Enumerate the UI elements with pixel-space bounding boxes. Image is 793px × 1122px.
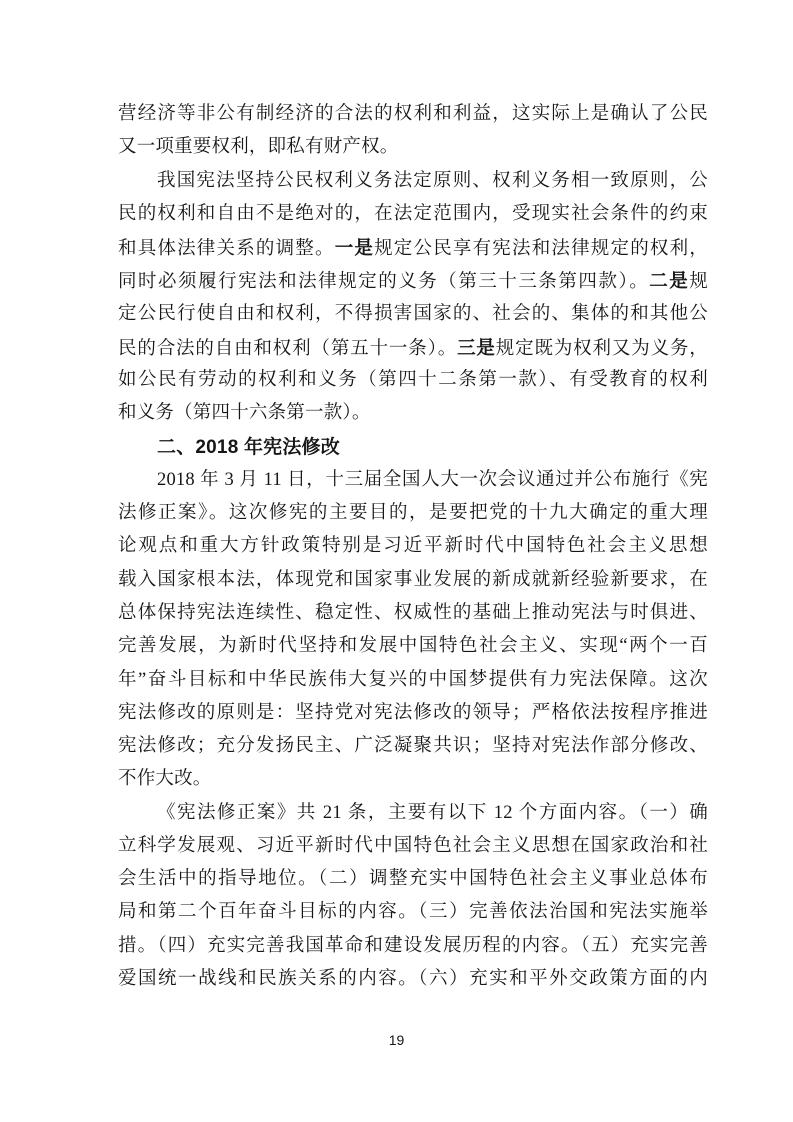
emphasis-segment: 一是: [335, 237, 374, 258]
text-line: 载入国家根本法，体现党和国家事业发展的新成就新经验新要求，在: [118, 564, 708, 597]
text-line: 定公民行使自由和权利，不得损害国家的、社会的、集体的和其他公: [118, 298, 708, 331]
section-heading: 二、2018 年宪法修改: [118, 431, 708, 464]
text-line: 民的合法的自由和权利（第五十一条）。三是规定既为权利又为义务，: [118, 331, 708, 364]
text-segment: 局和第二个百年奋斗目标的内容。（三）完善依法治国和宪法实施举: [118, 902, 708, 922]
emphasis-segment: 二是: [649, 270, 689, 291]
text-segment: 又一项重要权利，即私有财产权。: [118, 137, 399, 157]
text-segment: 年”奋斗目标和中华民族伟大复兴的中国梦提供有力宪法保障。这次: [118, 670, 708, 690]
text-line: 我国宪法坚持公民权利义务法定原则、权利义务相一致原则，公: [118, 165, 708, 198]
text-segment: 立科学发展观、习近平新时代中国特色社会主义思想在国家政治和社: [118, 836, 708, 856]
text-line: 总体保持宪法连续性、稳定性、权威性的基础上推动宪法与时俱进、: [118, 597, 708, 630]
text-line: 不作大改。: [118, 763, 708, 796]
text-segment: 宪法修改；充分发扬民主、广泛凝聚共识；坚持对宪法作部分修改、: [118, 736, 708, 756]
text-segment: 同时必须履行宪法和法律规定的义务（第三十三条第四款）。: [118, 272, 649, 292]
text-segment: 和具体法律关系的调整。: [118, 239, 335, 259]
text-line: 2018 年 3 月 11 日，十三届全国人大一次会议通过并公布施行《宪: [118, 464, 708, 497]
text-line: 立科学发展观、习近平新时代中国特色社会主义思想在国家政治和社: [118, 830, 708, 863]
document-page: 营经济等非公有制经济的合法的权利和利益，这实际上是确认了公民又一项重要权利，即私…: [0, 0, 793, 1122]
text-segment: 法修正案》。这次修宪的主要目的，是要把党的十九大确定的重大理: [118, 503, 708, 523]
text-line: 如公民有劳动的权利和义务（第四十二条第一款）、有受教育的权利: [118, 364, 708, 397]
text-segment: 措。（四）充实完善我国革命和建设发展历程的内容。（五）充实完善: [118, 936, 708, 956]
text-segment: 《宪法修正案》共 21 条，主要有以下 12 个方面内容。（一）确: [157, 803, 708, 823]
text-segment: 如公民有劳动的权利和义务（第四十二条第一款）、有受教育的权利: [118, 370, 708, 390]
text-line: 会生活中的指导地位。（二）调整充实中国特色社会主义事业总体布: [118, 863, 708, 896]
text-segment: 宪法修改的原则是：坚持党对宪法修改的领导；严格依法按程序推进: [118, 703, 708, 723]
text-segment: 我国宪法坚持公民权利义务法定原则、权利义务相一致原则，公: [157, 171, 708, 191]
text-segment: 二、2018 年宪法修改: [157, 437, 340, 458]
page-number: 19: [0, 1032, 793, 1048]
text-segment: 论观点和重大方针政策特别是习近平新时代中国特色社会主义思想: [118, 536, 708, 556]
text-segment: 定公民行使自由和权利，不得损害国家的、社会的、集体的和其他公: [118, 304, 708, 324]
text-segment: 不作大改。: [118, 769, 212, 789]
text-segment: 规: [689, 272, 708, 292]
text-line: 宪法修改；充分发扬民主、广泛凝聚共识；坚持对宪法作部分修改、: [118, 730, 708, 763]
text-line: 又一项重要权利，即私有财产权。: [118, 131, 708, 164]
text-segment: 总体保持宪法连续性、稳定性、权威性的基础上推动宪法与时俱进、: [118, 603, 708, 623]
text-segment: 和义务（第四十六条第一款）。: [118, 403, 371, 423]
text-segment: 爱国统一战线和民族关系的内容。（六）充实和平外交政策方面的内: [118, 969, 708, 989]
text-line: 年”奋斗目标和中华民族伟大复兴的中国梦提供有力宪法保障。这次: [118, 664, 708, 697]
text-line: 和具体法律关系的调整。一是规定公民享有宪法和法律规定的权利，: [118, 231, 708, 264]
text-line: 局和第二个百年奋斗目标的内容。（三）完善依法治国和宪法实施举: [118, 896, 708, 929]
text-line: 爱国统一战线和民族关系的内容。（六）充实和平外交政策方面的内: [118, 963, 708, 996]
text-line: 和义务（第四十六条第一款）。: [118, 397, 708, 430]
text-line: 营经济等非公有制经济的合法的权利和利益，这实际上是确认了公民: [118, 98, 708, 131]
text-line: 宪法修改的原则是：坚持党对宪法修改的领导；严格依法按程序推进: [118, 697, 708, 730]
text-segment: 2018 年 3 月 11 日，十三届全国人大一次会议通过并公布施行《宪: [157, 470, 708, 490]
text-segment: 完善发展，为新时代坚持和发展中国特色社会主义、实现“两个一百: [118, 636, 708, 656]
text-line: 《宪法修正案》共 21 条，主要有以下 12 个方面内容。（一）确: [118, 797, 708, 830]
text-line: 论观点和重大方针政策特别是习近平新时代中国特色社会主义思想: [118, 530, 708, 563]
text-segment: 规定公民享有宪法和法律规定的权利，: [374, 239, 708, 259]
text-segment: 载入国家根本法，体现党和国家事业发展的新成就新经验新要求，在: [118, 570, 708, 590]
text-line: 措。（四）充实完善我国革命和建设发展历程的内容。（五）充实完善: [118, 930, 708, 963]
text-line: 民的权利和自由不是绝对的，在法定范围内，受现实社会条件的约束: [118, 198, 708, 231]
text-segment: 规定既为权利又为义务，: [496, 339, 708, 359]
text-block: 营经济等非公有制经济的合法的权利和利益，这实际上是确认了公民又一项重要权利，即私…: [118, 98, 708, 996]
emphasis-segment: 三是: [457, 337, 496, 358]
text-segment: 会生活中的指导地位。（二）调整充实中国特色社会主义事业总体布: [118, 869, 708, 889]
text-segment: 民的合法的自由和权利（第五十一条）。: [118, 339, 457, 359]
text-segment: 营经济等非公有制经济的合法的权利和利益，这实际上是确认了公民: [118, 104, 708, 124]
text-line: 完善发展，为新时代坚持和发展中国特色社会主义、实现“两个一百: [118, 630, 708, 663]
text-line: 法修正案》。这次修宪的主要目的，是要把党的十九大确定的重大理: [118, 497, 708, 530]
text-segment: 民的权利和自由不是绝对的，在法定范围内，受现实社会条件的约束: [118, 204, 708, 224]
text-line: 同时必须履行宪法和法律规定的义务（第三十三条第四款）。二是规: [118, 264, 708, 297]
